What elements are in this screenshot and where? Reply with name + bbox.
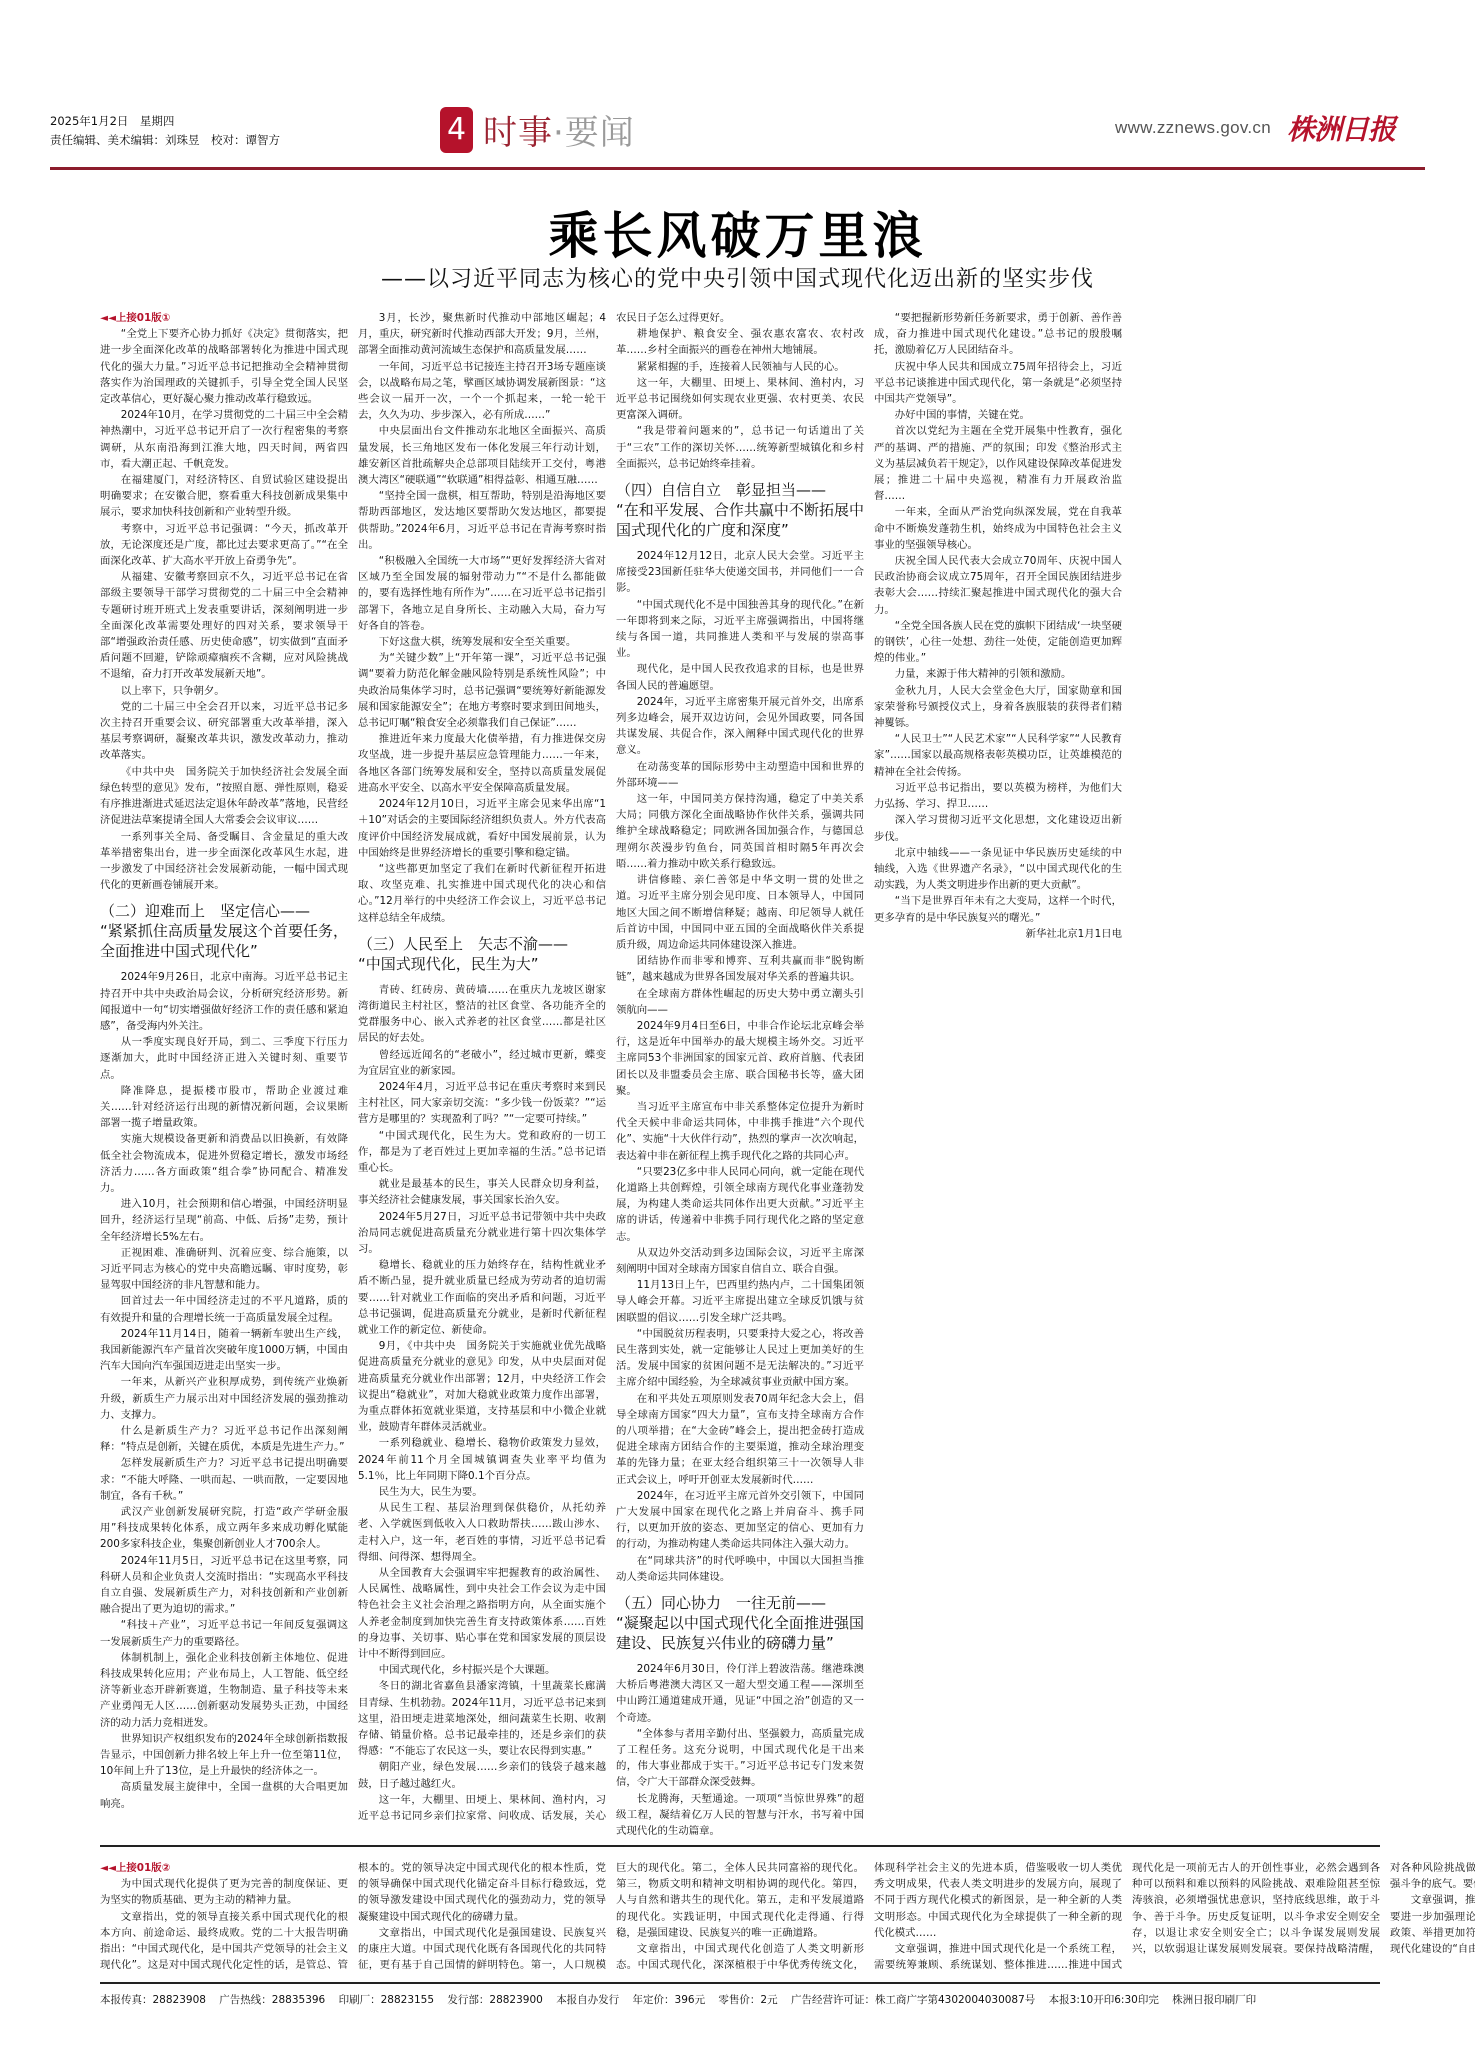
- paragraph: 一系列事关全局、备受瞩目、含金量足的重大改革举措密集出台，进一步全面深化改革风生…: [100, 829, 348, 894]
- masthead-brand: www.zznews.gov.cn 株洲日报: [1115, 108, 1395, 148]
- paragraph: “全党上下要齐心协力抓好《决定》贯彻落实，把进一步全面深化改革的战略部署转化为推…: [100, 326, 348, 407]
- paragraph: 进入10月，社会预期和信心增强，中国经济明显回升，经济运行呈现“前高、中低、后扬…: [100, 1196, 348, 1245]
- paragraph: 在“同球共济”的时代呼唤中，中国以大国担当推动人类命运共同体建设。: [616, 1553, 864, 1585]
- paragraph: 下好这盘大棋，统筹发展和安全至关重要。: [358, 634, 606, 650]
- paragraph: 2024年，在习近平主席元首外交引领下，中国同广大发展中国家在现代化之路上并肩奋…: [616, 1488, 864, 1553]
- footer-printer: 株洲日报印刷厂印: [1172, 1994, 1256, 2006]
- footer-self-distributed: 本报自办发行: [556, 1994, 619, 2006]
- article-subhead: ——以习近平同志为核心的党中央引领中国式现代化迈出新的坚实步伐: [0, 262, 1475, 293]
- paragraph: 以上率下，只争朝夕。: [100, 683, 348, 699]
- lower-article-body: ◄◄上接01版② 为中国式现代化提供了更为完善的制度保证、更为坚实的物质基础、更…: [100, 1860, 1380, 1980]
- section-heading-5: （五）同心协力 一往无前—— “凝聚起以中国式现代化全面推进强国建设、民族复兴伟…: [616, 1593, 864, 1653]
- paragraph: 这一年，中国同美方保持沟通，稳定了中美关系大局；同俄方深化全面战略协作伙伴关系，…: [616, 791, 864, 872]
- dateline: 新华社北京1月1日电: [874, 926, 1122, 942]
- paragraph: 讲信修睦、亲仁善邻是中华文明一贯的处世之道。习近平主席分别会见印度、日本领导人，…: [616, 872, 864, 953]
- paragraph: 在和平共处五项原则发表70周年纪念大会上，倡导全球南方国家“四大力量”，宣布支持…: [616, 1391, 864, 1488]
- paragraph: 从福建、安徽考察回京不久，习近平总书记在省部级主要领导干部学习贯彻党的二十届三中…: [100, 569, 348, 682]
- paragraph: 9月，《中共中央 国务院关于实施就业优先战略促进高质量充分就业的意见》印发，从中…: [358, 1338, 606, 1435]
- section-divider: [100, 1845, 1380, 1847]
- paragraph: 团结协作而非零和博弈、互利共赢而非“脱钩断链”，越来越成为世界各国发展对华关系的…: [616, 953, 864, 985]
- footer-distribution: 发行部：28823900: [447, 1994, 542, 2006]
- paragraph: “中国式现代化，民生为大。党和政府的一切工作，都是为了老百姓过上更加幸福的生活。…: [358, 1128, 606, 1177]
- footer-divider: [100, 1982, 1380, 1984]
- paragraph: 庆祝中华人民共和国成立75周年招待会上，习近平总书记谈推进中国式现代化，第一条就…: [874, 359, 1122, 408]
- paragraph: 青砖、红砖房、黄砖墙……在重庆九龙坡区谢家湾街道民主村社区，整洁的社区食堂、各功…: [358, 982, 606, 1047]
- paragraph: 为“关键少数”上“开年第一课”，习近平总书记强调“要着力防范化解金融风险特别是系…: [358, 650, 606, 731]
- paragraph: 什么是新质生产力？习近平总书记作出深刻阐释：“特点是创新，关键在质优，本质是先进…: [100, 1423, 348, 1455]
- paragraph: 2024年11月14日，随着一辆新车驶出生产线，我国新能源汽车产量首次突破年度1…: [100, 1326, 348, 1375]
- paragraph: 朝阳产业，绿色发展……乡亲们的钱袋子越来越鼓，日子越过越红火。: [358, 1759, 606, 1791]
- paragraph: 3月，长沙，聚焦新时代推动中部地区崛起；4月，重庆，研究新时代推动西部大开发；9…: [358, 310, 606, 359]
- paragraph: 实施大规模设备更新和消费品以旧换新，有效降低全社会物流成本，促进外贸稳定增长，激…: [100, 1131, 348, 1196]
- paragraph: 办好中国的事情，关键在党。: [874, 407, 1122, 423]
- paragraph: 从一季度实现良好开局，到二、三季度下行压力逐渐加大，此时中国经济正进入关键时刻、…: [100, 1034, 348, 1083]
- masthead-info: 2025年1月2日 星期四 责任编辑、美术编辑：刘珠昱 校对：谭智方: [50, 112, 280, 150]
- footer-retail-price: 零售价：2元: [718, 1994, 777, 2006]
- paragraph: 深入学习贯彻习近平文化思想，文化建设迈出新步伐。: [874, 812, 1122, 844]
- paragraph: 耕地保护、粮食安全、强农惠农富农、农村改革……乡村全面振兴的画卷在神州大地铺展。: [616, 326, 864, 358]
- section-heading-2: （二）迎难而上 坚定信心—— “紧紧抓住高质量发展这个首要任务，全面推进中国式现…: [100, 901, 348, 961]
- paragraph: 2024年4月，习近平总书记在重庆考察时来到民主村社区，同大家亲切交流：“多少钱…: [358, 1079, 606, 1128]
- paragraph: 世界知识产权组织发布的2024年全球创新指数报告显示，中国创新力排名较上年上升一…: [100, 1731, 348, 1780]
- site-url-link[interactable]: www.zznews.gov.cn: [1115, 118, 1271, 138]
- paragraph: 2024年10月，在学习贯彻党的二十届三中全会精神热潮中，习近平总书记开启了一次…: [100, 407, 348, 472]
- paragraph: 推进近年来力度最大化债举措，有力推进保交房攻坚战，进一步提升基层应急管理能力………: [358, 731, 606, 796]
- main-article-body: ◄◄上接01版① “全党上下要齐心协力抓好《决定》贯彻落实，把进一步全面深化改革…: [100, 310, 1380, 1840]
- paragraph: 金秋九月，人民大会堂金色大厅，国家勋章和国家荣誉称号颁授仪式上，身着各族服装的获…: [874, 683, 1122, 732]
- footer-ad-hotline: 广告热线：28835396: [219, 1994, 325, 2006]
- section-secondary: ·要闻: [553, 113, 635, 153]
- paragraph: 紧紧相握的手，连接着人民领袖与人民的心。: [616, 359, 864, 375]
- paragraph: 一系列稳就业、稳增长、稳物价政策发力显效，2024年前11个月全国城镇调查失业率…: [358, 1435, 606, 1484]
- paragraph: 11月13日上午，巴西里约热内卢，二十国集团领导人峰会开幕。习近平主席提出建立全…: [616, 1277, 864, 1326]
- paragraph: “全体参与者用辛勤付出、坚强毅力，高质量完成了工程任务。这充分说明，中国式现代化…: [616, 1726, 864, 1791]
- paragraph: 一年来，全面从严治党向纵深发展，党在自我革命中不断焕发蓬勃生机，始终成为中国特色…: [874, 504, 1122, 553]
- masthead: 2025年1月2日 星期四 责任编辑、美术编辑：刘珠昱 校对：谭智方 4 时事·…: [50, 0, 1425, 170]
- paragraph: “只要23亿多中非人民同心同向，就一定能在现代化道路上共创辉煌，引领全球南方现代…: [616, 1164, 864, 1245]
- paragraph: 2024年9月4日至6日，中非合作论坛北京峰会举行，这是近年中国举办的最大规模主…: [616, 1018, 864, 1099]
- paragraph: 在动荡变革的国际形势中主动塑造中国和世界的外部环境——: [616, 759, 864, 791]
- paragraph: 这一年，大棚里、田埂上、果林间、渔村内，习近平总书记围绕如何实现农业更强、农村更…: [616, 375, 864, 424]
- section-heading-3: （三）人民至上 矢志不渝—— “中国式现代化，民生为大”: [358, 934, 606, 974]
- paragraph: 2024年11月5日，习近平总书记在这里考察，同科研人员和企业负责人交流时指出：…: [100, 1553, 348, 1618]
- paragraph: 2024年，习近平主席密集开展元首外交，出席系列多边峰会，展开双边访问，会见外国…: [616, 694, 864, 759]
- section-heading-4: （四）自信自立 彰显担当—— “在和平发展、合作共赢中不断拓展中国式现代化的广度…: [616, 480, 864, 540]
- paragraph: 正视困难、准确研判、沉着应变、综合施策，以习近平同志为核心的党中央高瞻远瞩、审时…: [100, 1245, 348, 1294]
- paragraph: 从全国教育大会强调牢牢把握教育的政治属性、人民属性、战略属性，到中央社会工作会议…: [358, 1565, 606, 1662]
- masthead-rule: [50, 167, 1425, 170]
- paragraph: 当习近平主席宣布中非关系整体定位提升为新时代全天候中非命运共同体，中非携手推进“…: [616, 1099, 864, 1164]
- footer-printing-plant: 印刷厂：28823155: [339, 1994, 434, 2006]
- paragraph: “要把握新形势新任务新要求，勇于创新、善作善成，奋力推进中国式现代化建设。”总书…: [874, 310, 1122, 359]
- paragraph: 长龙腾海，天堑通途。一项项“当惊世界殊”的超级工程，凝结着亿万人民的智慧与汗水，…: [616, 1791, 864, 1840]
- paragraph: 武汉产业创新发展研究院，打造“政产学研金服用”科技成果转化体系，成立两年多来成功…: [100, 1504, 348, 1553]
- paragraph: 为中国式现代化提供了更为完善的制度保证、更为坚实的物质基础、更为主动的精神力量。: [100, 1876, 348, 1908]
- paragraph: “这些都更加坚定了我们在新时代新征程开拓进取、攻坚克难、扎实推进中国式现代化的决…: [358, 861, 606, 926]
- paragraph: 2024年12月12日，北京人民大会堂。习近平主席接受23国新任驻华大使递交国书…: [616, 548, 864, 597]
- jump-line: ◄◄上接01版①: [100, 310, 348, 326]
- footer-annual-price: 年定价：396元: [633, 1994, 706, 2006]
- paragraph: “坚持全国一盘棋，相互帮助，特别是沿海地区要帮助西部地区，发达地区要帮助欠发达地…: [358, 488, 606, 553]
- paragraph: 体制机制上，强化企业科技创新主体地位、促进科技成果转化应用；产业布局上，人工智能…: [100, 1650, 348, 1731]
- paragraph: 力量，来源于伟大精神的引领和激励。: [874, 666, 1122, 682]
- paragraph: 2024年9月26日，北京中南海。习近平总书记主持召开中共中央政治局会议，分析研…: [100, 969, 348, 1034]
- paragraph: 2024年6月30日，伶仃洋上碧波浩荡。继港珠澳大桥后粤港澳大湾区又一超大型交通…: [616, 1661, 864, 1726]
- paragraph: 习近平总书记指出，要以英模为榜样，为他们大力弘扬、学习、捍卫……: [874, 780, 1122, 812]
- section-primary: 时事: [483, 113, 553, 153]
- paragraph: 曾经远近闻名的“老破小”，经过城市更新，蝶变为宜居宜业的新家园。: [358, 1047, 606, 1079]
- editor-credits: 责任编辑、美术编辑：刘珠昱 校对：谭智方: [50, 131, 280, 150]
- paragraph: 现代化，是中国人民孜孜追求的目标，也是世界各国人民的普遍愿望。: [616, 661, 864, 693]
- paragraph: 考察中，习近平总书记强调：“今天，抓改革开放，无论深度还是广度，都比过去要求更高…: [100, 521, 348, 570]
- section-4-body: 2024年12月12日，北京人民大会堂。习近平主席接受23国新任驻华大使递交国书…: [616, 548, 864, 1585]
- paragraph: 稳增长、稳就业的压力始终存在，结构性就业矛盾不断凸显，提升就业质量已经成为劳动者…: [358, 1257, 606, 1338]
- intro-section: “全党上下要齐心协力抓好《决定》贯彻落实，把进一步全面深化改革的战略部署转化为推…: [100, 326, 348, 893]
- paragraph: “积极融入全国统一大市场”“更好发挥经济大省对区域乃至全国发展的辐射带动力”“不…: [358, 553, 606, 634]
- paragraph: “人民卫士”“人民艺术家”“人民科学家”“人民教育家”……国家以最高规格表彰英模…: [874, 731, 1122, 780]
- paragraph: 冬日的湖北省嘉鱼县潘家湾镇，十里蔬菜长廊满目青绿、生机勃勃。2024年11月，习…: [358, 1678, 606, 1759]
- paragraph: 民生为大，民生为要。: [358, 1484, 606, 1500]
- paragraph: “中国式现代化不是中国独善其身的现代化。”在新一年即将到来之际，习近平主席强调指…: [616, 597, 864, 662]
- paragraph: 文章强调，推进中国式现代化是一个长期任务，要进一步加强理论研究和实践探索，使我们…: [1390, 1892, 1475, 1957]
- footer-print-times: 本报3:10开印6:30印完: [1049, 1994, 1159, 2006]
- lower-article-paragraphs: 为中国式现代化提供了更为完善的制度保证、更为坚实的物质基础、更为主动的精神力量。…: [100, 1860, 1475, 1980]
- jump-line-2: ◄◄上接01版②: [100, 1860, 348, 1876]
- paragraph: 回首过去一年中国经济走过的不平凡道路，质的有效提升和量的合理增长统一于高质量发展…: [100, 1293, 348, 1325]
- paragraph: 2024年12月10日，习近平主席会见来华出席“1＋10”对话会的主要国际经济组…: [358, 796, 606, 861]
- continued-from-label-2: ◄◄上接01版②: [100, 1862, 170, 1874]
- imprint-footer: 本报传真：28823908 广告热线：28835396 印刷厂：28823155…: [100, 1992, 1380, 2007]
- newspaper-logo: 株洲日报: [1287, 108, 1395, 148]
- paragraph: 怎样发展新质生产力？习近平总书记提出明确要求：“不能大呼隆、一哄而起、一哄而散，…: [100, 1455, 348, 1504]
- section-name: 时事·要闻: [483, 105, 635, 154]
- paragraph: 从双边外交活动到多边国际会议，习近平主席深刻阐明中国对全球南方国家自信自立、联合…: [616, 1245, 864, 1277]
- paragraph: 在福建厦门，对经济特区、自贸试验区建设提出明确要求；在安徽合肥，察看重大科技创新…: [100, 472, 348, 521]
- paragraph: “科技＋产业”，习近平总书记一年间反复强调这一发展新质生产力的重要路径。: [100, 1617, 348, 1649]
- paragraph: 就业是最基本的民生，事关人民群众切身利益，事关经济社会健康发展，事关国家长治久安…: [358, 1176, 606, 1208]
- footer-ad-license: 广告经营许可证：株工商广字第4302004030087号: [791, 1994, 1035, 2006]
- paragraph: 庆祝全国人民代表大会成立70周年、庆祝中国人民政治协商会议成立75周年，召开全国…: [874, 553, 1122, 618]
- paragraph: 降准降息，提振楼市股市，帮助企业渡过难关……针对经济运行出现的新情况新问题，会议…: [100, 1083, 348, 1132]
- footer-fax: 本报传真：28823908: [100, 1994, 206, 2006]
- paragraph: 中央层面出台文件推动东北地区全面振兴、高质量发展，长三角地区发布一体化发展三年行…: [358, 423, 606, 488]
- paragraph: 一年来，从新兴产业积厚成势，到传统产业焕新升级，新质生产力展示出对中国经济发展的…: [100, 1374, 348, 1423]
- paragraph: “中国脱贫历程表明，只要秉持大爱之心，将改善民生落到实处，就一定能够让人民过上更…: [616, 1326, 864, 1391]
- paragraph: 首次以党纪为主题在全党开展集中性教育，强化严的基调、严的措施、严的氛围；印发《整…: [874, 423, 1122, 504]
- paragraph: 高质量发展主旋律中，全国一盘棋的大合唱更加响亮。: [100, 1779, 348, 1811]
- paragraph: 党的二十届三中全会召开以来，习近平总书记多次主持召开重要会议、研究部署重大改革举…: [100, 699, 348, 764]
- page-number-badge: 4: [440, 107, 473, 153]
- continued-from-label: ◄◄上接01版①: [100, 312, 170, 324]
- paragraph: 从民生工程、基层治理到保供稳价，从托幼养老、入学就医到低收入人口救助帮扶……跋山…: [358, 1500, 606, 1565]
- paragraph: “我是带着问题来的”，总书记一句话道出了关于“三农”工作的深切关怀……统筹新型城…: [616, 423, 864, 472]
- paragraph: “全党全国各族人民在党的旗帜下团结成‘一块坚硬的钢铁’，心往一处想、劲往一处使，…: [874, 618, 1122, 667]
- paragraph: 《中共中央 国务院关于加快经济社会发展全面绿色转型的意见》发布，“按照自愿、弹性…: [100, 764, 348, 829]
- section-banner: 4 时事·要闻: [440, 105, 635, 154]
- article-headline: 乘长风破万里浪: [0, 196, 1475, 268]
- issue-date: 2025年1月2日 星期四: [50, 112, 280, 131]
- paragraph: 北京中轴线——一条见证中华民族历史延续的中轴线，入选《世界遗产名录》，“以中国式…: [874, 845, 1122, 894]
- paragraph: “当下是世界百年未有之大变局，这样一个时代，更多孕育的是中华民族复兴的曙光。”: [874, 893, 1122, 925]
- paragraph: 中国式现代化，乡村振兴是个大课题。: [358, 1662, 606, 1678]
- paragraph: 一年间，习近平总书记接连主持召开3场专题座谈会，以战略布局之笔，擘画区域协调发展…: [358, 359, 606, 424]
- paragraph: 2024年5月27日，习近平总书记带领中共中央政治局同志就促进高质量充分就业进行…: [358, 1209, 606, 1258]
- paragraph: 在全球南方群体性崛起的历史大势中勇立潮头引领航向——: [616, 986, 864, 1018]
